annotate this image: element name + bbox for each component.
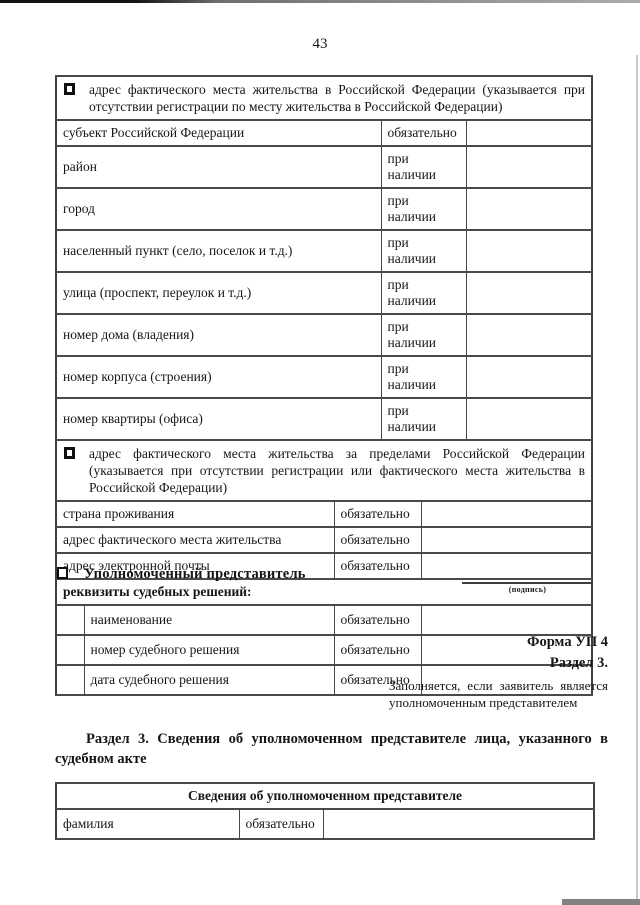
- form-name: Форма УП 4: [308, 632, 608, 653]
- field-label-cell: населенный пункт (село, поселок и т.д.): [56, 230, 381, 272]
- table-row: субъект Российской Федерации обязательно: [56, 120, 592, 146]
- requirement-cell: обязательно: [334, 501, 421, 527]
- checkbox-address-foreign[interactable]: [64, 447, 75, 459]
- field-label-cell: субъект Российской Федерации: [56, 120, 381, 146]
- table-row: наименование обязательно: [56, 605, 592, 635]
- requirement-cell: при наличии: [381, 146, 466, 188]
- requirement-cell: обязательно: [334, 527, 421, 553]
- signature-block: (подпись): [462, 570, 593, 594]
- field-label-cell: страна проживания: [56, 501, 334, 527]
- main-form-table: адрес фактического места жительства в Ро…: [55, 75, 591, 696]
- table-row: населенный пункт (село, поселок и т.д.) …: [56, 230, 592, 272]
- table-row: номер квартиры (офиса) при наличии: [56, 398, 592, 440]
- field-label-cell: фамилия: [56, 809, 239, 839]
- scan-artifact-right-line: [636, 55, 638, 905]
- indent-cell: [56, 605, 84, 635]
- value-cell[interactable]: [421, 605, 592, 635]
- table-row: фамилия обязательно: [56, 809, 594, 839]
- table-row: город при наличии: [56, 188, 592, 230]
- table-header-row: адрес фактического места жительства за п…: [56, 440, 592, 501]
- value-cell[interactable]: [466, 120, 592, 146]
- scan-artifact-bottom-bar: [562, 899, 640, 905]
- value-cell[interactable]: [466, 356, 592, 398]
- document-page: 43 адрес фактического места жительства в…: [0, 0, 640, 905]
- field-label-cell: номер судебного решения: [84, 635, 334, 665]
- value-cell[interactable]: [323, 809, 594, 839]
- table-row: улица (проспект, переулок и т.д.) при на…: [56, 272, 592, 314]
- address-rf-table: адрес фактического места жительства в Ро…: [55, 75, 593, 441]
- requirement-cell: при наличии: [381, 398, 466, 440]
- form-reference: Форма УП 4 Раздел 3.: [308, 632, 608, 674]
- table-header-row: адрес фактического места жительства в Ро…: [56, 76, 592, 120]
- value-cell[interactable]: [421, 501, 592, 527]
- authorized-rep-label: Уполномоченный представитель: [84, 566, 306, 583]
- requirement-cell: при наличии: [381, 314, 466, 356]
- signature-caption: (подпись): [462, 584, 593, 594]
- table-row: район при наличии: [56, 146, 592, 188]
- indent-cell: [56, 665, 84, 695]
- value-cell[interactable]: [421, 527, 592, 553]
- address-foreign-table: адрес фактического места жительства за п…: [55, 439, 593, 580]
- field-label-cell: адрес фактического места жительства: [56, 527, 334, 553]
- requirement-cell: при наличии: [381, 188, 466, 230]
- table-row: страна проживания обязательно: [56, 501, 592, 527]
- table-header-row: Сведения об уполномоченном представителе: [56, 783, 594, 809]
- value-cell[interactable]: [466, 272, 592, 314]
- table-row: номер дома (владения) при наличии: [56, 314, 592, 356]
- field-label-cell: улица (проспект, переулок и т.д.): [56, 272, 381, 314]
- representative-table-header: Сведения об уполномоченном представителе: [56, 783, 594, 809]
- value-cell[interactable]: [466, 188, 592, 230]
- requirement-cell: обязательно: [381, 120, 466, 146]
- field-label-cell: номер квартиры (офиса): [56, 398, 381, 440]
- table-row: адрес фактического места жительства обяз…: [56, 527, 592, 553]
- scan-artifact-top-line: [0, 0, 640, 3]
- requirement-cell: при наличии: [381, 272, 466, 314]
- field-label-cell: город: [56, 188, 381, 230]
- value-cell[interactable]: [466, 314, 592, 356]
- representative-info-table: Сведения об уполномоченном представителе…: [55, 782, 593, 840]
- field-label-cell: дата судебного решения: [84, 665, 334, 695]
- value-cell[interactable]: [466, 230, 592, 272]
- requirement-cell: при наличии: [381, 230, 466, 272]
- value-cell[interactable]: [466, 146, 592, 188]
- table-row: номер корпуса (строения) при наличии: [56, 356, 592, 398]
- indent-cell: [56, 635, 84, 665]
- address-rf-header-text: адрес фактического места жительства в Ро…: [89, 81, 585, 115]
- checkbox-authorized-rep[interactable]: [57, 567, 68, 579]
- field-label-cell: район: [56, 146, 381, 188]
- checkbox-address-rf[interactable]: [64, 83, 75, 95]
- value-cell[interactable]: [466, 398, 592, 440]
- section-heading: Раздел 3. Сведения об уполномоченном пре…: [55, 729, 608, 769]
- field-label-cell: номер корпуса (строения): [56, 356, 381, 398]
- fill-note: Заполняется, если заявитель является упо…: [389, 677, 608, 711]
- form-section: Раздел 3.: [308, 653, 608, 674]
- requirement-cell: при наличии: [381, 356, 466, 398]
- page-number: 43: [0, 36, 640, 53]
- requirement-cell: обязательно: [239, 809, 323, 839]
- requirement-cell: обязательно: [334, 605, 421, 635]
- signature-line[interactable]: [462, 570, 593, 584]
- field-label-cell: наименование: [84, 605, 334, 635]
- address-foreign-header-text: адрес фактического места жительства за п…: [89, 445, 585, 496]
- field-label-cell: номер дома (владения): [56, 314, 381, 356]
